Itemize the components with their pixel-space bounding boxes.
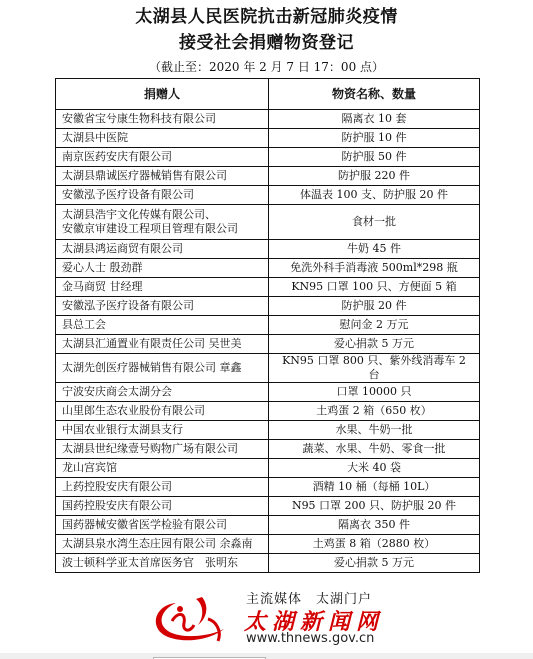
- item-cell: 防护服 220 件: [269, 167, 480, 186]
- donor-cell: 太湖县世纪缘壹号购物广场有限公司: [56, 440, 269, 459]
- site-watermark[interactable]: 主流媒体 太湖门户 太湖新闻网 www.thnews.gov.cn: [140, 585, 410, 653]
- table-row: 安徽泓予医疗设备有限公司防护服 20 件: [56, 297, 480, 316]
- item-cell: 防护服 50 件: [269, 148, 480, 167]
- table-row: 金马商贸 甘经理KN95 口罩 100 只、方便面 5 箱: [56, 278, 480, 297]
- donor-cell: 爱心人士 殷劲群: [56, 259, 269, 278]
- site-url[interactable]: www.thnews.gov.cn: [246, 631, 374, 646]
- donor-cell: 安徽省宝兮康生物科技有限公司: [56, 110, 269, 129]
- donor-cell: 太湖县鼎诚医疗器械销售有限公司: [56, 167, 269, 186]
- table-row: 龙山宫宾馆大米 40 袋: [56, 459, 480, 478]
- item-cell: 土鸡蛋 8 箱（2880 枚）: [269, 535, 480, 554]
- table-row: 山里郎生态农业股份有限公司土鸡蛋 2 箱（650 枚）: [56, 402, 480, 421]
- table-row: 太湖先创医疗器械销售有限公司 章鑫KN95 口罩 800 只、紫外线消毒车 2 …: [56, 354, 480, 383]
- donor-cell: 宁波安庆商会太湖分会: [56, 383, 269, 402]
- item-cell: 口罩 10000 只: [269, 383, 480, 402]
- item-cell: 隔离衣 10 套: [269, 110, 480, 129]
- item-cell: 防护服 20 件: [269, 297, 480, 316]
- donor-cell: 太湖先创医疗器械销售有限公司 章鑫: [56, 354, 269, 383]
- document-title-line2: 接受社会捐赠物资登记: [0, 28, 533, 53]
- table-row: 太湖县鸿运商贸有限公司牛奶 45 件: [56, 240, 480, 259]
- item-cell: KN95 口罩 800 只、紫外线消毒车 2 台: [269, 354, 480, 383]
- item-cell: 隔离衣 350 件: [269, 516, 480, 535]
- table-row: 太湖县汇通置业有限责任公司 吴世美爱心捐款 5 万元: [56, 335, 480, 354]
- bottom-bar: [0, 653, 533, 659]
- item-cell: 防护服 10 件: [269, 129, 480, 148]
- header-donor: 捐赠人: [56, 79, 269, 110]
- table-row: 太湖县浩宇文化传媒有限公司、 安徽京审建设工程项目管理有限公司 食材一批: [56, 205, 480, 240]
- table-row: 上药控股安庆有限公司酒精 10 桶（每桶 10L）: [56, 478, 480, 497]
- table-row: 安徽省宝兮康生物科技有限公司隔离衣 10 套: [56, 110, 480, 129]
- table-row: 太湖县鼎诚医疗器械销售有限公司防护服 220 件: [56, 167, 480, 186]
- donation-table: 捐赠人 物资名称、数量 安徽省宝兮康生物科技有限公司隔离衣 10 套 太湖县中医…: [55, 78, 480, 573]
- table-row: 太湖县中医院防护服 10 件: [56, 129, 480, 148]
- table-row: 县总工会慰问金 2 万元: [56, 316, 480, 335]
- header-item: 物资名称、数量: [269, 79, 480, 110]
- table-row: 宁波安庆商会太湖分会口罩 10000 只: [56, 383, 480, 402]
- donor-cell: 国药控股安庆有限公司: [56, 497, 269, 516]
- donor-cell: 上药控股安庆有限公司: [56, 478, 269, 497]
- table-row: 太湖县泉水湾生态庄园有限公司 余淼南土鸡蛋 8 箱（2880 枚）: [56, 535, 480, 554]
- donor-cell: 县总工会: [56, 316, 269, 335]
- item-cell: 食材一批: [269, 205, 480, 240]
- table-row: 波士顿科学亚太首席医务官 张明东爱心捐款 5 万元: [56, 554, 480, 573]
- item-cell: 水果、牛奶一批: [269, 421, 480, 440]
- table-row: 中国农业银行太湖县支行水果、牛奶一批: [56, 421, 480, 440]
- donor-cell: 国药器械安徽省医学检验有限公司: [56, 516, 269, 535]
- donor-line1: 太湖县浩宇文化传媒有限公司、: [62, 208, 262, 222]
- item-cell: 慰问金 2 万元: [269, 316, 480, 335]
- document-title-line1: 太湖县人民医院抗击新冠肺炎疫情: [0, 2, 533, 27]
- donor-cell: 太湖县鸿运商贸有限公司: [56, 240, 269, 259]
- item-cell: 爱心捐款 5 万元: [269, 554, 480, 573]
- table-row: 安徽泓予医疗设备有限公司体温表 100 支、防护服 20 件: [56, 186, 480, 205]
- item-cell: 大米 40 袋: [269, 459, 480, 478]
- item-cell: 体温表 100 支、防护服 20 件: [269, 186, 480, 205]
- table-row: 国药器械安徽省医学检验有限公司隔离衣 350 件: [56, 516, 480, 535]
- donor-cell: 金马商贸 甘经理: [56, 278, 269, 297]
- donor-cell: 山里郎生态农业股份有限公司: [56, 402, 269, 421]
- table-header-row: 捐赠人 物资名称、数量: [56, 79, 480, 110]
- item-cell: 酒精 10 桶（每桶 10L）: [269, 478, 480, 497]
- donor-cell: 波士顿科学亚太首席医务官 张明东: [56, 554, 269, 573]
- item-cell: 土鸡蛋 2 箱（650 枚）: [269, 402, 480, 421]
- table-row: 爱心人士 殷劲群免洗外科手消毒液 500ml*298 瓶: [56, 259, 480, 278]
- item-cell: 爱心捐款 5 万元: [269, 335, 480, 354]
- thnews-logo-icon: [146, 591, 246, 651]
- donor-cell: 太湖县汇通置业有限责任公司 吴世美: [56, 335, 269, 354]
- table-row: 太湖县世纪缘壹号购物广场有限公司蔬菜、水果、牛奶、零食一批: [56, 440, 480, 459]
- donor-cell: 安徽泓予医疗设备有限公司: [56, 297, 269, 316]
- item-cell: 免洗外科手消毒液 500ml*298 瓶: [269, 259, 480, 278]
- item-cell: 蔬菜、水果、牛奶、零食一批: [269, 440, 480, 459]
- donor-line2: 安徽京审建设工程项目管理有限公司: [62, 222, 262, 236]
- donor-cell: 中国农业银行太湖县支行: [56, 421, 269, 440]
- document-subtitle: （截止至：2020 年 2 月 7 日 17：00 点）: [0, 58, 533, 75]
- table-row: 国药控股安庆有限公司N95 口罩 200 只、防护服 20 件: [56, 497, 480, 516]
- donor-cell: 太湖县中医院: [56, 129, 269, 148]
- item-cell: N95 口罩 200 只、防护服 20 件: [269, 497, 480, 516]
- donor-cell: 安徽泓予医疗设备有限公司: [56, 186, 269, 205]
- table-row: 南京医药安庆有限公司防护服 50 件: [56, 148, 480, 167]
- donor-cell: 太湖县泉水湾生态庄园有限公司 余淼南: [56, 535, 269, 554]
- donor-cell: 太湖县浩宇文化传媒有限公司、 安徽京审建设工程项目管理有限公司: [56, 205, 269, 240]
- item-cell: 牛奶 45 件: [269, 240, 480, 259]
- donor-cell: 龙山宫宾馆: [56, 459, 269, 478]
- item-cell: KN95 口罩 100 只、方便面 5 箱: [269, 278, 480, 297]
- donor-cell: 南京医药安庆有限公司: [56, 148, 269, 167]
